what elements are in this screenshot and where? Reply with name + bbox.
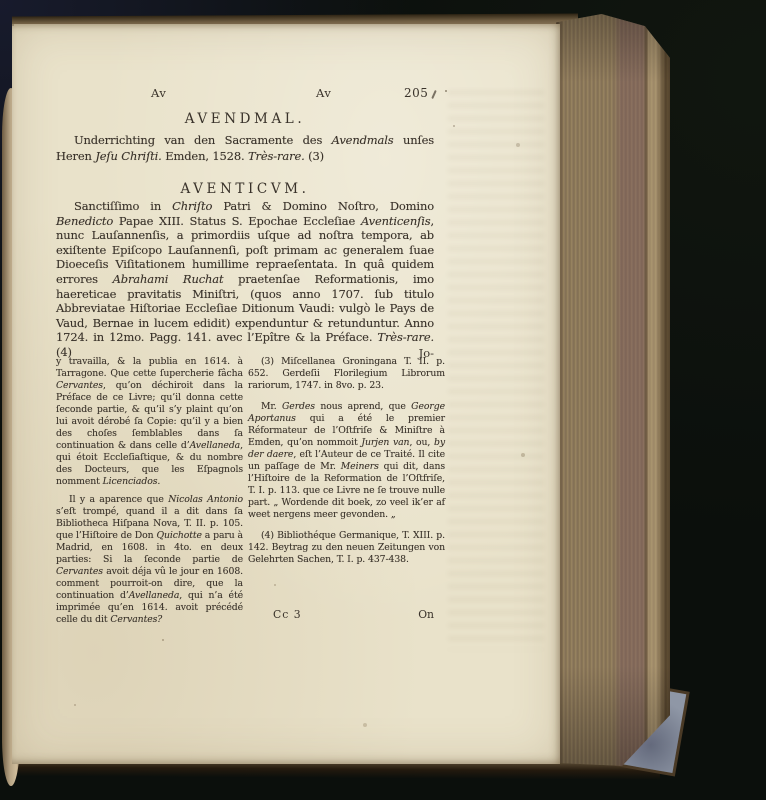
entry-body-avendmal: Underrichting van den Sacramente des Ave… (56, 133, 434, 164)
footnote-paragraph: (4) Bibliothéque Germanique, T. XIII. p.… (248, 530, 445, 566)
catchword-on: On (56, 608, 434, 621)
book-photo-scene: Av Av 205 AVENDMAL. Underrichting van de… (0, 0, 766, 800)
running-head-left: Av (151, 86, 166, 100)
running-head-center: Av (316, 86, 331, 100)
footnote-left-column: y travailla, & la publia en 1614. à Tarr… (56, 356, 243, 626)
entry-heading-aventicum: AVENTICVM. (56, 181, 434, 197)
book-fore-edge (556, 14, 670, 772)
footnote-paragraph: (3) Miſcellanea Groningana T. II. p. 652… (248, 356, 445, 392)
paper-specks (12, 24, 14, 26)
stray-ink-mark (431, 90, 436, 99)
entry-body-aventicum: Sanctiſſimo in Chriſto Patri & Domino No… (56, 199, 434, 360)
footnote-right-column: (3) Miſcellanea Groningana T. II. p. 652… (248, 356, 445, 566)
page-number: 205 (404, 86, 428, 100)
entry-heading-avendmal: AVENDMAL. (56, 111, 434, 127)
footnote-paragraph: Il y a aparence que Nicolas Antonio s’eſ… (56, 494, 243, 626)
footnote-columns: y travailla, & la publia en 1614. à Tarr… (56, 356, 448, 624)
book-page: Av Av 205 AVENDMAL. Underrichting van de… (12, 24, 560, 764)
ink-bleed-through (448, 90, 544, 650)
footnote-paragraph: Mr. Gerdes nous aprend, que George Aport… (248, 401, 445, 521)
footnote-paragraph: y travailla, & la publia en 1614. à Tarr… (56, 356, 243, 488)
